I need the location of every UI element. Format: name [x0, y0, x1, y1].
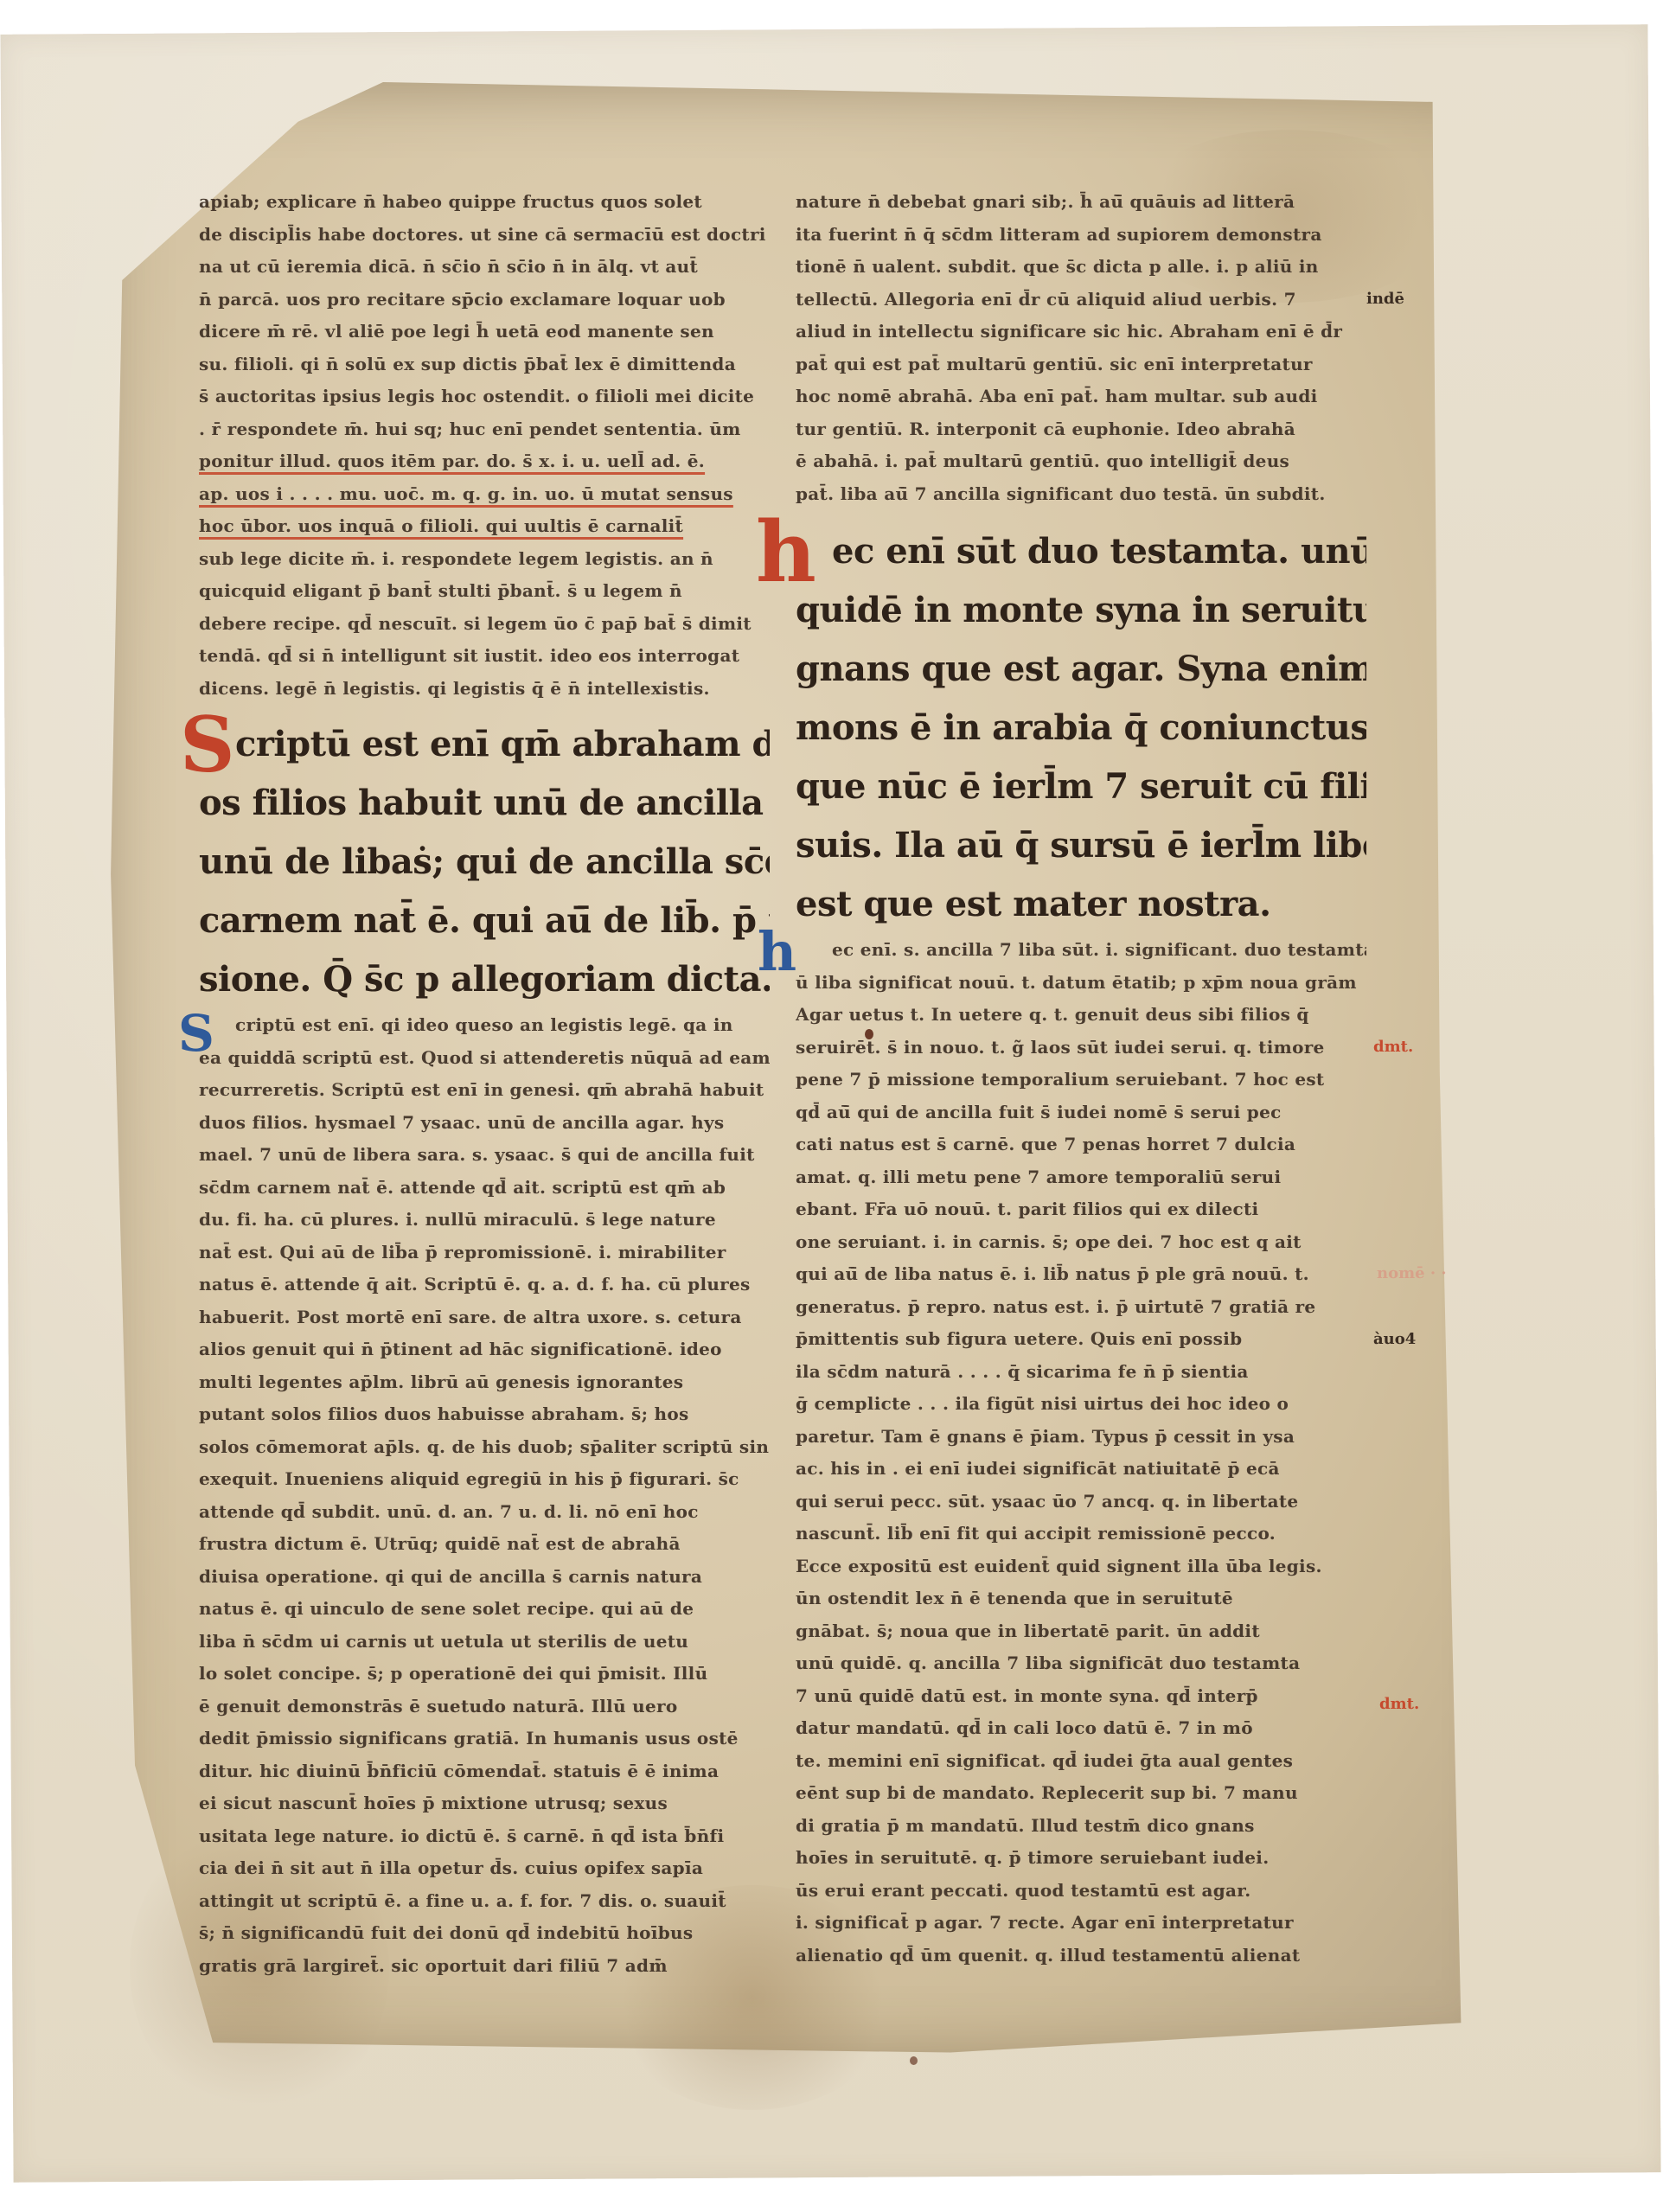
- text-line: sione. Q̄ s̄c p allegoriam dicta.: [199, 950, 770, 1009]
- gloss-line: . r̄ respondete m̄. hui sq; huc enī pend…: [199, 413, 770, 446]
- gloss-line: attende qd̄ subdit. unū. d. an. 7 u. d. …: [199, 1496, 770, 1529]
- gloss-line: apiab; explicare n̄ habeo quippe fructus…: [199, 186, 770, 219]
- gloss-line: na ut cū ieremia dicā. n̄ sc̄io n̄ sc̄io…: [199, 251, 770, 284]
- gloss-line: paretur. Tam ē gnans ē p̄iam. Typus p̄ c…: [796, 1421, 1366, 1454]
- gloss-line: p̄mittentis sub figura uetere. Quis enī …: [796, 1323, 1366, 1356]
- gloss-line: ūs erui erant peccati. quod testamtū est…: [796, 1875, 1366, 1908]
- gloss-line: quicquid eligant p̄ bant̄ stulti p̄bant̄…: [199, 575, 770, 608]
- gloss-line: duos filios. hysmael 7 ysaac. unū de anc…: [199, 1107, 770, 1140]
- gloss-line: ē genuit demonstrās ē suetudo naturā. Il…: [199, 1691, 770, 1723]
- gloss-line: recurreretis. Scriptū est enī in genesi.…: [199, 1074, 770, 1107]
- text-line: unū de libaṡ; qui de ancilla sc̄dm: [199, 833, 770, 892]
- text-line: os filios habuit unū de ancilla 7: [199, 774, 770, 833]
- gloss-line: ponitur illud. quos itēm par. do. s̄ x. …: [199, 445, 770, 478]
- gloss-line: unū quidē. q. ancilla 7 liba significāt …: [796, 1647, 1366, 1680]
- gloss-line: diuisa operatione. qi qui de ancilla s̄ …: [199, 1561, 770, 1594]
- gloss-line: hoīes in seruitutē. q. p̄ timore seruieb…: [796, 1842, 1366, 1875]
- left-text-block: S criptū est enī qm̄ abraham du os filio…: [199, 715, 770, 1009]
- gloss-line: one seruiant. i. in carnis. s̄; ope dei.…: [796, 1226, 1366, 1259]
- gloss-line: exequit. Inueniens aliquid egregiū in hi…: [199, 1463, 770, 1496]
- gloss-line: alienatio qd̄ ūm quenit. q. illud testam…: [796, 1940, 1366, 1972]
- left-column: apiab; explicare n̄ habeo quippe fructus…: [199, 186, 770, 1982]
- gloss-line: lo solet concipe. s̄; p operationē dei q…: [199, 1658, 770, 1691]
- margin-note-faded: nomē · ·: [1377, 1264, 1447, 1282]
- gloss-line: hoc nomē abrahā. Aba enī pat̄. ham multa…: [796, 380, 1366, 413]
- right-gloss-bottom: h ec enī. s. ancilla 7 liba sūt. i. sign…: [796, 934, 1366, 1972]
- text-line: gnans que est agar. Syna enim: [796, 640, 1366, 699]
- gloss-line: s̄; n̄ significandū fuit dei donū qd̄ in…: [199, 1917, 770, 1950]
- gloss-line: liba n̄ sc̄dm ui carnis ut uetula ut ste…: [199, 1626, 770, 1659]
- gloss-line: tionē n̄ ualent. subdit. que s̄c dicta p…: [796, 251, 1366, 284]
- gloss-line: eēnt sup bi de mandato. Replecerit sup b…: [796, 1777, 1366, 1810]
- gloss-line: dedit p̄missio significans gratiā. In hu…: [199, 1723, 770, 1755]
- gloss-line: gratis grā largiret̄. sic oportuit dari …: [199, 1950, 770, 1983]
- gloss-line: nature n̄ debebat gnari sib;. h̄ aū̄ quā…: [796, 186, 1366, 219]
- gloss-line: alios genuit qui n̄ p̄tinent ad hāc sign…: [199, 1333, 770, 1366]
- gloss-line: generatus. p̄ repro. natus est. i. p̄ ui…: [796, 1291, 1366, 1324]
- text-line: que nūc ē ierl̄m 7 seruit cū filiis: [796, 758, 1366, 816]
- gloss-line: tur gentiū. R. interponit cā euphonie. I…: [796, 413, 1366, 446]
- gloss-line: qui serui pecc. sūt. ysaac ūo 7 ancq. q.…: [796, 1486, 1366, 1518]
- gloss-line: criptū est enī. qi ideo queso an legisti…: [199, 1009, 770, 1042]
- gloss-line: cati natus est s̄ carnē. que 7 penas hor…: [796, 1128, 1366, 1161]
- text-line: suis. Ila aū q̄ sursū ē ierl̄m libera: [796, 816, 1366, 875]
- gloss-line: natus ē. qi uinculo de sene solet recipe…: [199, 1593, 770, 1626]
- margin-note: indē: [1366, 290, 1404, 308]
- gloss-line: mael. 7 unū de libera sara. s. ysaac. s̄…: [199, 1139, 770, 1172]
- gloss-line: aliud in intellectu significare sic hic.…: [796, 316, 1366, 348]
- gloss-line: sc̄dm carnem nat̄ ē. attende qd̄ ait. sc…: [199, 1172, 770, 1205]
- gloss-line: tendā. qd̄ si n̄ intelligunt sit iustit.…: [199, 640, 770, 673]
- gloss-line: ditur. hic diuinū b̄n̄ficiū cōmendat̄. s…: [199, 1755, 770, 1788]
- gloss-line: attingit ut scriptū ē. a fine u. a. f. f…: [199, 1885, 770, 1918]
- gloss-line: natus ē. attende q̄ ait. Scriptū ē. q. a…: [199, 1269, 770, 1301]
- gloss-line: su. filioli. qi n̄ solū ex sup dictis p̄…: [199, 348, 770, 381]
- gloss-line: dicere m̄ rē. vl aliē poe legi h̄ uetā e…: [199, 316, 770, 348]
- gloss-line: datur mandatū. qd̄ in cali loco datū ē. …: [796, 1712, 1366, 1745]
- gloss-line: ita fuerint n̄ q̄ sc̄dm litteram ad supi…: [796, 219, 1366, 252]
- gloss-line: amat. q. illi metu pene 7 amore temporal…: [796, 1161, 1366, 1194]
- text-line: ec enī sūt duo testamta. unū: [796, 522, 1366, 581]
- gloss-line: qui aū̄ de liba natus ē. i. lib̄ natus p…: [796, 1258, 1366, 1291]
- red-initial-h: h: [756, 503, 816, 601]
- text-line: criptū est enī qm̄ abraham du: [199, 715, 770, 774]
- gloss-line: te. memini enī significat. qd̄ iudei ḡta…: [796, 1745, 1366, 1778]
- gloss-line: multi legentes ap̄lm. librū aū genesis i…: [199, 1366, 770, 1399]
- gloss-line: qd̄ aū̄ qui de ancilla fuit s̄ iudei nom…: [796, 1096, 1366, 1129]
- gloss-line: ac. his in . ei enī iudei significāt nat…: [796, 1453, 1366, 1486]
- gloss-line: Agar uetus t. In uetere q. t. genuit deu…: [796, 999, 1366, 1032]
- gloss-line: ḡ cemplicte . . . ila figūt nisi uirtus …: [796, 1388, 1366, 1421]
- gloss-line: du. fi. ha. cū plures. i. nullū miraculū…: [199, 1204, 770, 1237]
- margin-note-rubric: dmt.: [1379, 1695, 1419, 1713]
- gloss-line: hoc ūbor. uos inquā o filioli. qui uulti…: [199, 510, 770, 543]
- gloss-line: seruirēt. s̄ in nouo. t. g̃ laos sūt iud…: [796, 1032, 1366, 1064]
- right-text-block: h ec enī sūt duo testamta. unū quidē in …: [796, 522, 1366, 934]
- gloss-line: pene 7 p̄ missione temporalium seruieban…: [796, 1064, 1366, 1096]
- red-initial-s: S: [180, 700, 235, 790]
- gloss-line: putant solos filios duos habuisse abraha…: [199, 1398, 770, 1431]
- gloss-line: tellectū. Allegoria enī d̄r cū aliquid a…: [796, 284, 1366, 316]
- gloss-line: ei sicut nascunt̄ hoīes p̄ mixtione utru…: [199, 1787, 770, 1820]
- gloss-line: 7 unū quidē datū est. in monte syna. qd̄…: [796, 1680, 1366, 1713]
- right-gloss-top: nature n̄ debebat gnari sib;. h̄ aū̄ quā…: [796, 186, 1366, 510]
- text-line: carnem nat̄ ē. qui aū̄ de lib̄. p̄ rep̄m…: [199, 892, 770, 950]
- left-gloss-bottom: S criptū est enī. qi ideo queso an legis…: [199, 1009, 770, 1982]
- gloss-line: i. significat̄ p agar. 7 recte. Agar enī…: [796, 1907, 1366, 1940]
- right-column: nature n̄ debebat gnari sib;. h̄ aū̄ quā…: [796, 186, 1366, 1972]
- blue-initial-h: h: [758, 920, 796, 983]
- gloss-line: n̄ parcā. uos pro recitare sp̄cio exclam…: [199, 284, 770, 316]
- gloss-line: ila sc̄dm naturā . . . . q̄ sicarima fe …: [796, 1356, 1366, 1389]
- gloss-line: ū liba significat nouū. t. datum ētatib;…: [796, 967, 1366, 1000]
- gloss-line: ebant. Fr̄a uō nouū. t. parit filios qui…: [796, 1193, 1366, 1226]
- gloss-line: ea quiddā scriptū est. Quod si attendere…: [199, 1042, 770, 1075]
- gloss-line: ē abahā. i. pat̄ multarū gentiū. quo int…: [796, 445, 1366, 478]
- gloss-line: nascunt̄. lib̄ enī fit qui accipit remis…: [796, 1518, 1366, 1550]
- margin-note-rubric: dmt.: [1373, 1038, 1413, 1056]
- gloss-line: pat̄ qui est pat̄ multarū gentiū. sic en…: [796, 348, 1366, 381]
- gloss-line: ap. uos i . . . . mu. uoc̄. m. q. g. in.…: [199, 478, 770, 511]
- gloss-line: pat̄. liba aū̄ 7 ancilla significant duo…: [796, 478, 1366, 511]
- gloss-line: ūn ostendit lex n̄ ē tenenda que in seru…: [796, 1582, 1366, 1615]
- gloss-line: frustra dictum ē. Utrūq; quidē nat̄ est …: [199, 1528, 770, 1561]
- text-line: mons ē in arabia q̄ coniunctus est ei: [796, 699, 1366, 758]
- gloss-line: Ecce expositū est euident̄ quid signent …: [796, 1550, 1366, 1583]
- gloss-line: habuerit. Post mortē enī sare. de altra …: [199, 1301, 770, 1334]
- gloss-line: ec enī. s. ancilla 7 liba sūt. i. signif…: [796, 934, 1366, 967]
- text-line: quidē in monte syna in seruitutē: [796, 581, 1366, 640]
- gloss-line: dicens. legē n̄ legistis. qi legistis q̄…: [199, 673, 770, 706]
- gloss-line: gnābat. s̄; noua que in libertatē parit.…: [796, 1615, 1366, 1648]
- gloss-line: di gratia p̄ m mandatū. Illud testm̄ dic…: [796, 1810, 1366, 1843]
- margin-note: àuo4: [1373, 1330, 1416, 1348]
- gloss-line: s̄ auctoritas ipsius legis hoc ostendit.…: [199, 380, 770, 413]
- ink-spot: [910, 2056, 918, 2065]
- gloss-line: nat̄ est. Qui aū de lib̄a p̄ repromissio…: [199, 1237, 770, 1269]
- gloss-line: cia dei n̄ sit aut n̄ illa opetur d̄s. c…: [199, 1852, 770, 1885]
- gloss-line: solos cōmemorat ap̄ls. q. de his duob; s…: [199, 1431, 770, 1464]
- left-gloss-top: apiab; explicare n̄ habeo quippe fructus…: [199, 186, 770, 705]
- gloss-line: usitata lege nature. io dictū ē. s̄ carn…: [199, 1820, 770, 1853]
- gloss-line: de discipl̄is habe doctores. ut sine cā …: [199, 219, 770, 252]
- gloss-line: debere recipe. qd̄ nescuīt. si legem ūo …: [199, 608, 770, 641]
- text-line: est que est mater nostra.: [796, 875, 1366, 934]
- gloss-line: sub lege dicite m̄. i. respondete legem …: [199, 543, 770, 576]
